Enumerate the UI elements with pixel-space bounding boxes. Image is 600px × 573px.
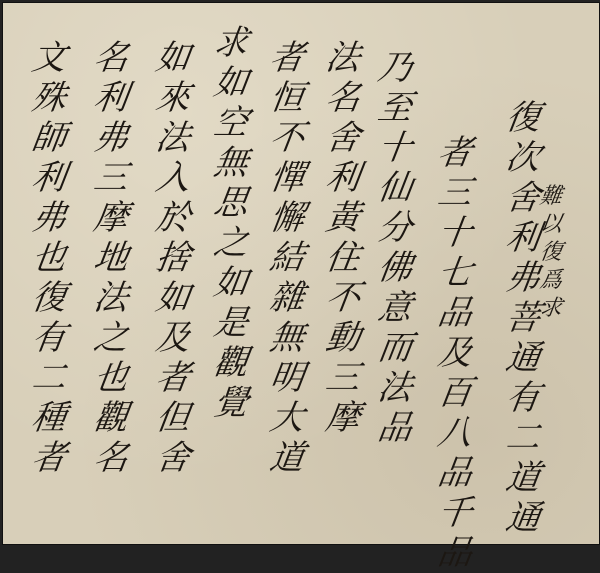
calligraphy-character: 利 — [88, 78, 134, 118]
marginal-note-character: 求 — [536, 295, 566, 323]
calligraphy-character: 品 — [432, 453, 478, 493]
calligraphy-character: 通 — [500, 338, 546, 378]
text-column-3: 乃至十仙分佛意而法品 — [375, 48, 415, 448]
calligraphy-character: 至 — [372, 88, 418, 128]
calligraphy-character: 法 — [372, 368, 418, 408]
calligraphy-character: 懈 — [264, 198, 310, 238]
text-column-6: 求如空無思之如是觀覺 — [211, 23, 251, 423]
calligraphy-sheet: 復次舍利弗菩通有二道通 者三十七品及百八品千品 乃至十仙分佛意而法品 法名舍利黃… — [2, 2, 600, 545]
calligraphy-character: 是 — [208, 303, 254, 343]
calligraphy-character: 次 — [500, 138, 546, 178]
calligraphy-character: 法 — [88, 278, 134, 318]
calligraphy-character: 舍 — [150, 438, 196, 478]
calligraphy-character: 恒 — [264, 78, 310, 118]
calligraphy-character: 種 — [26, 398, 72, 438]
calligraphy-character: 結 — [264, 238, 310, 278]
calligraphy-character: 通 — [500, 498, 546, 538]
calligraphy-character: 大 — [264, 398, 310, 438]
calligraphy-character: 三 — [432, 173, 478, 213]
calligraphy-character: 之 — [88, 318, 134, 358]
calligraphy-character: 求 — [208, 23, 254, 63]
calligraphy-character: 分 — [372, 208, 418, 248]
calligraphy-character: 三 — [320, 358, 366, 398]
calligraphy-character: 不 — [320, 278, 366, 318]
calligraphy-character: 及 — [432, 333, 478, 373]
calligraphy-character: 覺 — [208, 383, 254, 423]
calligraphy-character: 十 — [432, 213, 478, 253]
text-column-7: 如來法入於捨如及者但舍 — [153, 38, 193, 478]
calligraphy-character: 也 — [88, 358, 134, 398]
text-column-9: 文殊師利弗也復有二種者 — [29, 38, 69, 478]
text-column-5: 者恒不憚懈結雜無明大道 — [267, 38, 307, 478]
calligraphy-character: 百 — [432, 373, 478, 413]
calligraphy-character: 地 — [88, 238, 134, 278]
calligraphy-character: 乃 — [372, 48, 418, 88]
calligraphy-character: 佛 — [372, 248, 418, 288]
calligraphy-character: 入 — [150, 158, 196, 198]
marginal-note: 難以復爲求 — [538, 183, 564, 323]
calligraphy-character: 弗 — [26, 198, 72, 238]
calligraphy-character: 意 — [372, 288, 418, 328]
calligraphy-character: 無 — [208, 143, 254, 183]
calligraphy-character: 摩 — [88, 198, 134, 238]
text-column-4: 法名舍利黃住不動三摩 — [323, 38, 363, 438]
calligraphy-character: 者 — [150, 358, 196, 398]
calligraphy-character: 者 — [264, 38, 310, 78]
calligraphy-character: 名 — [320, 78, 366, 118]
calligraphy-character: 者 — [432, 133, 478, 173]
marginal-note-character: 爲 — [536, 267, 566, 295]
calligraphy-character: 於 — [150, 198, 196, 238]
calligraphy-character: 利 — [26, 158, 72, 198]
calligraphy-character: 仙 — [372, 168, 418, 208]
marginal-note-character: 復 — [536, 239, 566, 267]
calligraphy-character: 名 — [88, 38, 134, 78]
calligraphy-character: 七 — [432, 253, 478, 293]
calligraphy-character: 舍 — [320, 118, 366, 158]
calligraphy-character: 有 — [500, 378, 546, 418]
calligraphy-character: 品 — [372, 408, 418, 448]
calligraphy-character: 憚 — [264, 158, 310, 198]
calligraphy-character: 道 — [264, 438, 310, 478]
calligraphy-character: 復 — [500, 98, 546, 138]
calligraphy-character: 弗 — [88, 118, 134, 158]
calligraphy-character: 住 — [320, 238, 366, 278]
marginal-note-character: 以 — [536, 211, 566, 239]
calligraphy-character: 動 — [320, 318, 366, 358]
calligraphy-character: 觀 — [208, 343, 254, 383]
calligraphy-character: 者 — [26, 438, 72, 478]
calligraphy-character: 法 — [150, 118, 196, 158]
calligraphy-character: 文 — [26, 38, 72, 78]
calligraphy-character: 利 — [320, 158, 366, 198]
calligraphy-character: 如 — [150, 38, 196, 78]
calligraphy-character: 思 — [208, 183, 254, 223]
calligraphy-character: 法 — [320, 38, 366, 78]
calligraphy-character: 捨 — [150, 238, 196, 278]
calligraphy-character: 如 — [150, 278, 196, 318]
calligraphy-character: 而 — [372, 328, 418, 368]
calligraphy-character: 如 — [208, 63, 254, 103]
calligraphy-character: 殊 — [26, 78, 72, 118]
calligraphy-character: 觀 — [88, 398, 134, 438]
calligraphy-character: 有 — [26, 318, 72, 358]
calligraphy-character: 師 — [26, 118, 72, 158]
calligraphy-character: 二 — [26, 358, 72, 398]
calligraphy-character: 也 — [26, 238, 72, 278]
calligraphy-character: 如 — [208, 263, 254, 303]
calligraphy-character: 摩 — [320, 398, 366, 438]
calligraphy-character: 之 — [208, 223, 254, 263]
marginal-note-character: 難 — [536, 183, 566, 211]
calligraphy-character: 黃 — [320, 198, 366, 238]
calligraphy-character: 三 — [88, 158, 134, 198]
calligraphy-character: 無 — [264, 318, 310, 358]
text-column-8: 名利弗三摩地法之也觀名 — [91, 38, 131, 478]
calligraphy-character: 道 — [500, 458, 546, 498]
calligraphy-character: 來 — [150, 78, 196, 118]
calligraphy-character: 不 — [264, 118, 310, 158]
calligraphy-character: 品 — [432, 293, 478, 333]
calligraphy-character: 名 — [88, 438, 134, 478]
calligraphy-character: 空 — [208, 103, 254, 143]
calligraphy-character: 復 — [26, 278, 72, 318]
calligraphy-character: 及 — [150, 318, 196, 358]
calligraphy-character: 八 — [432, 413, 478, 453]
calligraphy-character: 但 — [150, 398, 196, 438]
text-column-2: 者三十七品及百八品千品 — [435, 133, 475, 545]
calligraphy-character: 十 — [372, 128, 418, 168]
calligraphy-character: 千 — [432, 493, 478, 533]
calligraphy-character: 品 — [432, 533, 478, 545]
calligraphy-character: 二 — [500, 418, 546, 458]
calligraphy-character: 明 — [264, 358, 310, 398]
calligraphy-character: 雜 — [264, 278, 310, 318]
